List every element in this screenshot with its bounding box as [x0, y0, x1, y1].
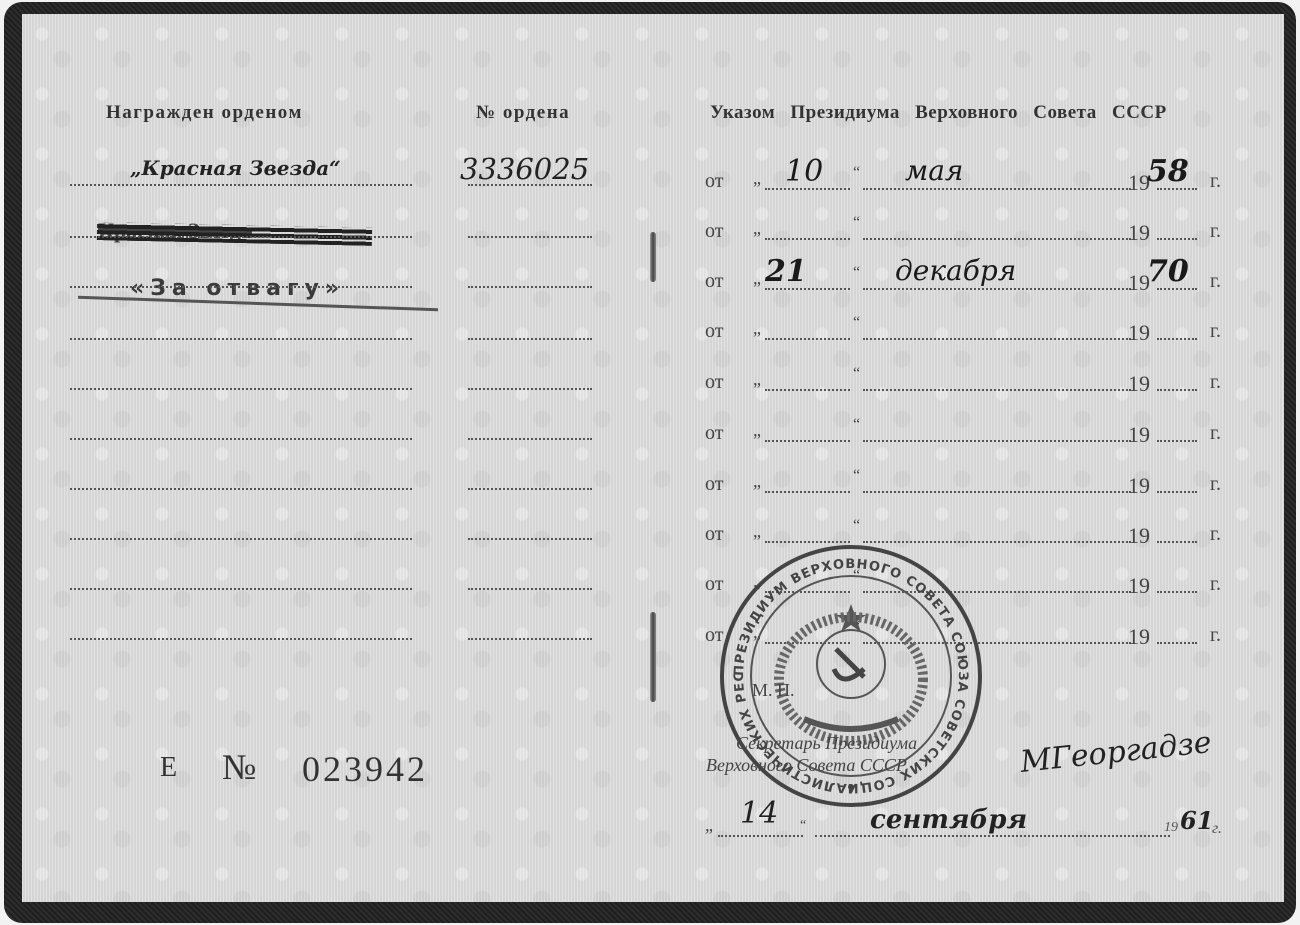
open-quote: „	[753, 420, 761, 441]
issue-day-line	[718, 835, 803, 837]
day-line	[765, 440, 850, 442]
secretary-title-line1: Секретарь Президиума	[736, 733, 917, 754]
row-prefix: от	[705, 371, 723, 394]
issue-year: 61	[1180, 806, 1213, 835]
issue-day: 14	[740, 796, 778, 831]
award-line	[70, 488, 412, 490]
decree-year: 70	[1147, 254, 1189, 289]
month-line	[863, 238, 1131, 240]
number-line	[468, 588, 592, 590]
series-letter: Е	[160, 752, 177, 784]
row-prefix: от	[705, 624, 723, 647]
century: 19	[1128, 371, 1150, 397]
open-quote: „	[753, 318, 761, 339]
decree-month: декабря	[895, 254, 1016, 287]
issue-year-suffix: г.	[1212, 820, 1222, 838]
award-line	[70, 388, 412, 390]
year-suffix: г.	[1210, 523, 1221, 546]
month-line	[863, 440, 1131, 442]
month-line	[863, 338, 1131, 340]
issue-month: сентября	[870, 805, 1027, 835]
month-line	[863, 288, 1131, 290]
year-suffix: г.	[1210, 573, 1221, 596]
row-prefix: от	[705, 523, 723, 546]
day-line	[765, 238, 850, 240]
year-suffix: г.	[1210, 473, 1221, 496]
year-suffix: г.	[1210, 220, 1221, 243]
open-quote: „	[753, 268, 761, 289]
year-suffix: г.	[1210, 371, 1221, 394]
year-suffix: г.	[1210, 320, 1221, 343]
award-line	[70, 286, 412, 288]
issue-century: 19	[1164, 820, 1178, 836]
year-line	[1157, 591, 1197, 593]
number-line	[468, 488, 592, 490]
staple-bottom	[650, 612, 656, 702]
row-prefix: от	[705, 220, 723, 243]
issue-month-line	[815, 835, 1170, 837]
issue-open-quote: „	[705, 815, 713, 836]
decree-row-3: от „ “ 19 г. 21 декабря 70	[705, 270, 1235, 300]
decree-header: Указом Президиума Верховного Совета СССР	[710, 102, 1167, 124]
header-awarded: Награжден орденом	[106, 102, 303, 124]
close-quote: “	[853, 416, 860, 434]
open-quote: „	[753, 521, 761, 542]
year-suffix: г.	[1210, 624, 1221, 647]
decree-row-6: от „ “ 19 г.	[705, 422, 1235, 452]
year-line	[1157, 440, 1197, 442]
header-order-number: № ордена	[476, 102, 570, 124]
row-prefix: от	[705, 473, 723, 496]
number-line	[468, 184, 592, 186]
award-line	[70, 538, 412, 540]
number-line	[468, 638, 592, 640]
award-line	[70, 236, 412, 238]
day-line	[765, 389, 850, 391]
award-line	[70, 338, 412, 340]
month-line	[863, 491, 1131, 493]
award-name-1: „Красная Звезда“	[130, 156, 341, 180]
year-line	[1157, 338, 1197, 340]
century: 19	[1128, 473, 1150, 499]
close-quote: “	[853, 264, 860, 282]
decree-day: 10	[785, 154, 823, 189]
year-suffix: г.	[1210, 170, 1221, 193]
open-quote: „	[753, 218, 761, 239]
seal-place-label: М. П.	[752, 680, 795, 701]
close-quote: “	[853, 314, 860, 332]
open-quote: „	[753, 471, 761, 492]
award-name-3-stamp: «За отвагу»	[130, 276, 345, 301]
close-quote: “	[853, 467, 860, 485]
day-line	[765, 541, 850, 543]
close-quote: “	[853, 164, 860, 182]
number-line	[468, 286, 592, 288]
row-prefix: от	[705, 573, 723, 596]
decree-row-4: от „ “ 19 г.	[705, 320, 1235, 350]
row-prefix: от	[705, 320, 723, 343]
century: 19	[1128, 220, 1150, 246]
open-quote: „	[753, 369, 761, 390]
row-prefix: от	[705, 270, 723, 293]
century: 19	[1128, 320, 1150, 346]
decree-month: мая	[905, 154, 963, 187]
century: 19	[1128, 422, 1150, 448]
document-number: 023942	[302, 748, 428, 790]
number-line	[468, 538, 592, 540]
number-line	[468, 438, 592, 440]
row-prefix: от	[705, 170, 723, 193]
decree-row-5: от „ “ 19 г.	[705, 371, 1235, 401]
year-line	[1157, 238, 1197, 240]
decree-day: 21	[765, 254, 807, 289]
secretary-title-line2: Верховного Совета СССР	[706, 755, 907, 776]
award-line	[70, 588, 412, 590]
decree-row-7: от „ “ 19 г.	[705, 473, 1235, 503]
day-line	[765, 491, 850, 493]
decree-row-2: от „ “ 19 г.	[705, 220, 1235, 250]
award-line	[70, 638, 412, 640]
month-line	[863, 188, 1131, 190]
year-line	[1157, 642, 1197, 644]
issue-close-quote: “	[800, 818, 806, 834]
award-line	[70, 438, 412, 440]
number-line	[468, 338, 592, 340]
award-line	[70, 184, 412, 186]
century: 19	[1128, 523, 1150, 549]
close-quote: “	[853, 214, 860, 232]
century: 19	[1128, 573, 1150, 599]
row-prefix: от	[705, 422, 723, 445]
close-quote: “	[853, 365, 860, 383]
close-quote: “	[853, 517, 860, 535]
number-line	[468, 388, 592, 390]
open-quote: „	[753, 168, 761, 189]
year-line	[1157, 541, 1197, 543]
number-line	[468, 236, 592, 238]
month-line	[863, 541, 1131, 543]
year-suffix: г.	[1210, 270, 1221, 293]
award-number-1: 3336025	[460, 152, 589, 186]
month-line	[863, 389, 1131, 391]
year-line	[1157, 491, 1197, 493]
century: 19	[1128, 624, 1150, 650]
decree-year: 58	[1147, 154, 1189, 189]
year-suffix: г.	[1210, 422, 1221, 445]
year-line	[1157, 389, 1197, 391]
staple-top	[650, 232, 656, 282]
day-line	[765, 338, 850, 340]
decree-row-1: от „ “ 19 г. 10 мая 58	[705, 170, 1235, 200]
number-sign: №	[222, 746, 256, 788]
